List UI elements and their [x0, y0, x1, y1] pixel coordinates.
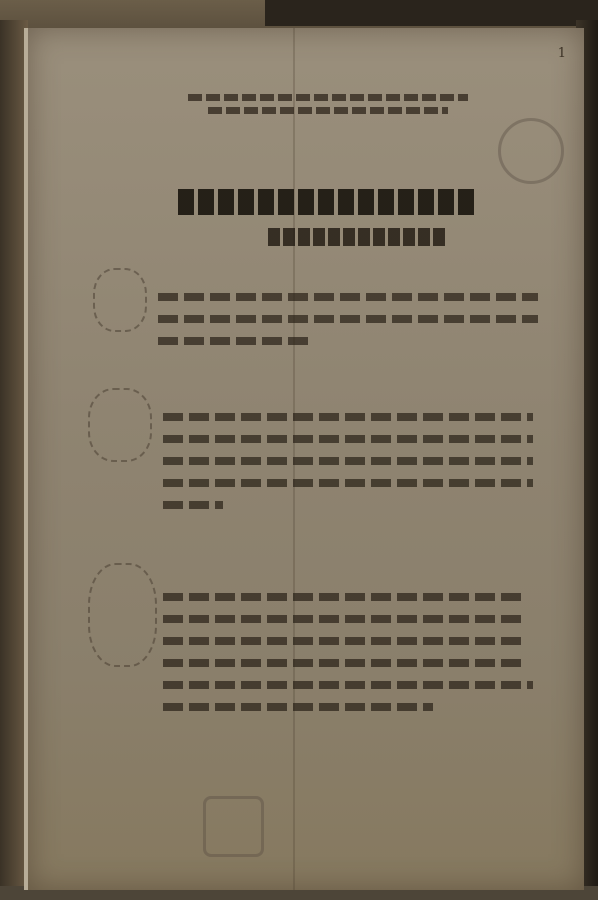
paragraph-2: [illegible handwritten paragraph, 5 line…: [83, 388, 543, 523]
header-line: [illegible handwritten header line 1]: [188, 94, 468, 101]
stamp-icon: [498, 118, 564, 184]
backdrop-dark-strip: [265, 0, 598, 26]
decorated-initial-icon: [88, 388, 152, 462]
decorated-initial-icon: [93, 268, 147, 332]
paragraph-3: [illegible handwritten paragraph, 7 line…: [88, 563, 548, 725]
folio-number: 1: [558, 46, 566, 61]
paragraph-1: [illegible handwritten paragraph, 3 line…: [88, 268, 538, 359]
decorated-initial-icon: [88, 563, 157, 667]
page-title: [illegible calligraphic heading]: [178, 188, 478, 223]
manuscript-page: 1 [illegible handwritten header line 1] …: [24, 28, 584, 890]
page-subtitle: [illegible]: [268, 228, 448, 246]
header-line: [illegible handwritten header line 2]: [208, 107, 448, 114]
header-block: [illegible handwritten header line 1] [i…: [178, 88, 478, 120]
stamp-icon: [203, 796, 264, 857]
